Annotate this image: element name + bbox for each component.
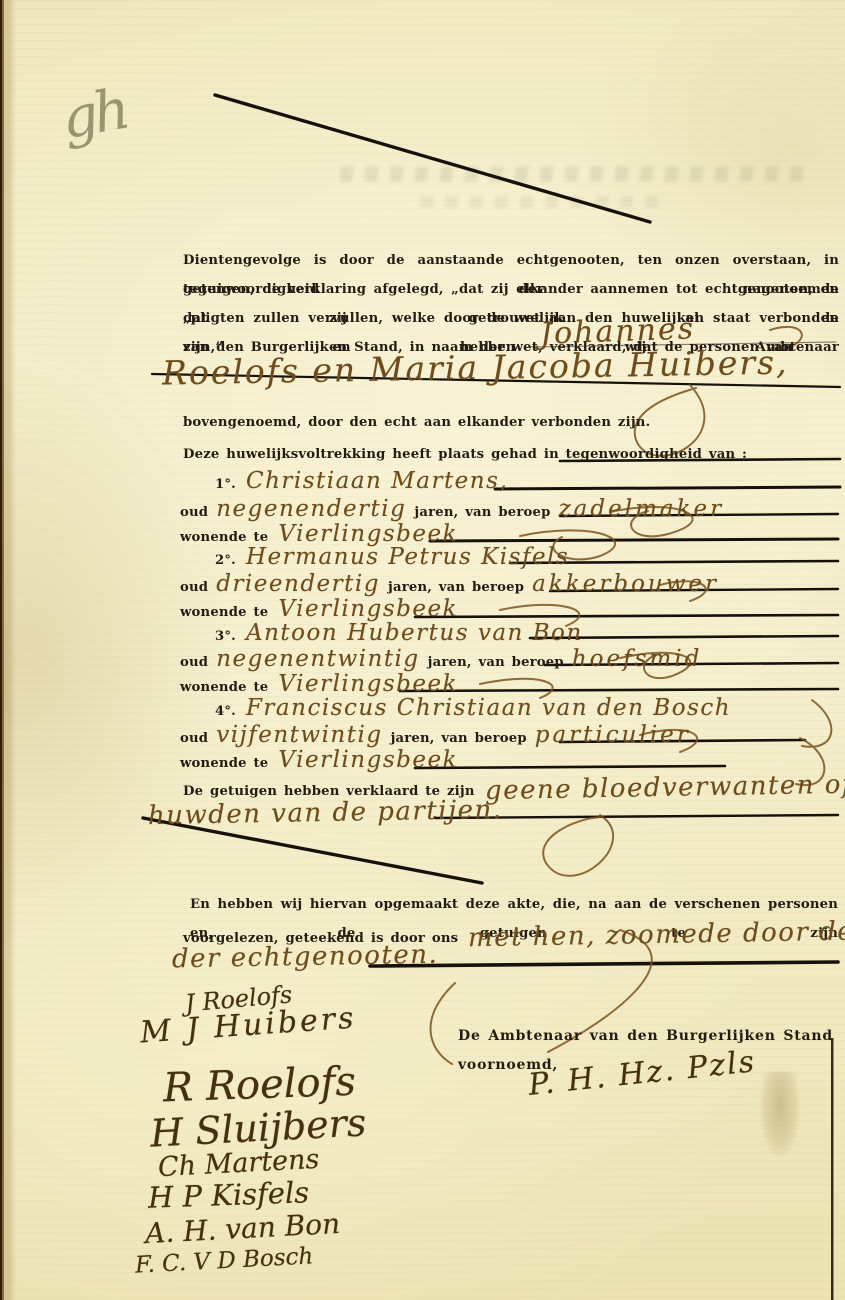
witness-1-age: negenendertig (216, 496, 406, 522)
declaration-handwritten-2: huwden van de partijen. (148, 795, 503, 831)
closing-line-2-handwritten: met hen, zoomede door de vaders (468, 915, 845, 954)
witness-4-age: vijfentwintig (216, 722, 382, 748)
witness-2-name: Hermanus Petrus Kisfels (246, 544, 569, 570)
binding-edge (0, 0, 16, 1300)
ink-bleed-through (419, 196, 670, 208)
witness-3-occupation: hoefsmid (572, 646, 702, 672)
witness-4-residence: Vierlingsbeek (278, 747, 458, 773)
bound-statement: bovengenoemd, door den echt aan elkander… (183, 408, 650, 437)
signature-bride: M J Huibers (139, 1000, 358, 1050)
witness-3-residence: Vierlingsbeek (278, 671, 458, 697)
witness-4-name: Franciscus Christiaan van den Bosch (246, 695, 731, 721)
ink-bleed-through (339, 166, 811, 182)
witnesses-heading: Deze huwelijksvoltrekking heeft plaats g… (183, 440, 747, 469)
paper-stain (760, 1072, 800, 1157)
witness-4-occupation: particulier (535, 722, 691, 748)
witness-1-occupation: zadelmaker (559, 496, 725, 522)
witness-1-name: Christiaan Martens, (246, 468, 508, 494)
witness-1-number: 1°. (215, 470, 236, 499)
witness-2-residence: Vierlingsbeek (278, 596, 458, 622)
document-page: gh (0, 0, 845, 1300)
witness-2-age: drieendertig (216, 571, 380, 597)
declaration-handwritten-1: geene bloedverwanten of aange (484, 768, 845, 806)
witness-3-age: negenentwintig (216, 646, 419, 672)
pencil-marginal-mark: gh (57, 77, 131, 152)
witness-2-occupation: akkerbouwer (532, 571, 719, 597)
witness-3-name: Antoon Hubertus van Bon (246, 620, 583, 646)
closing-line-3-handwritten: der echtgenooten. (172, 940, 439, 975)
